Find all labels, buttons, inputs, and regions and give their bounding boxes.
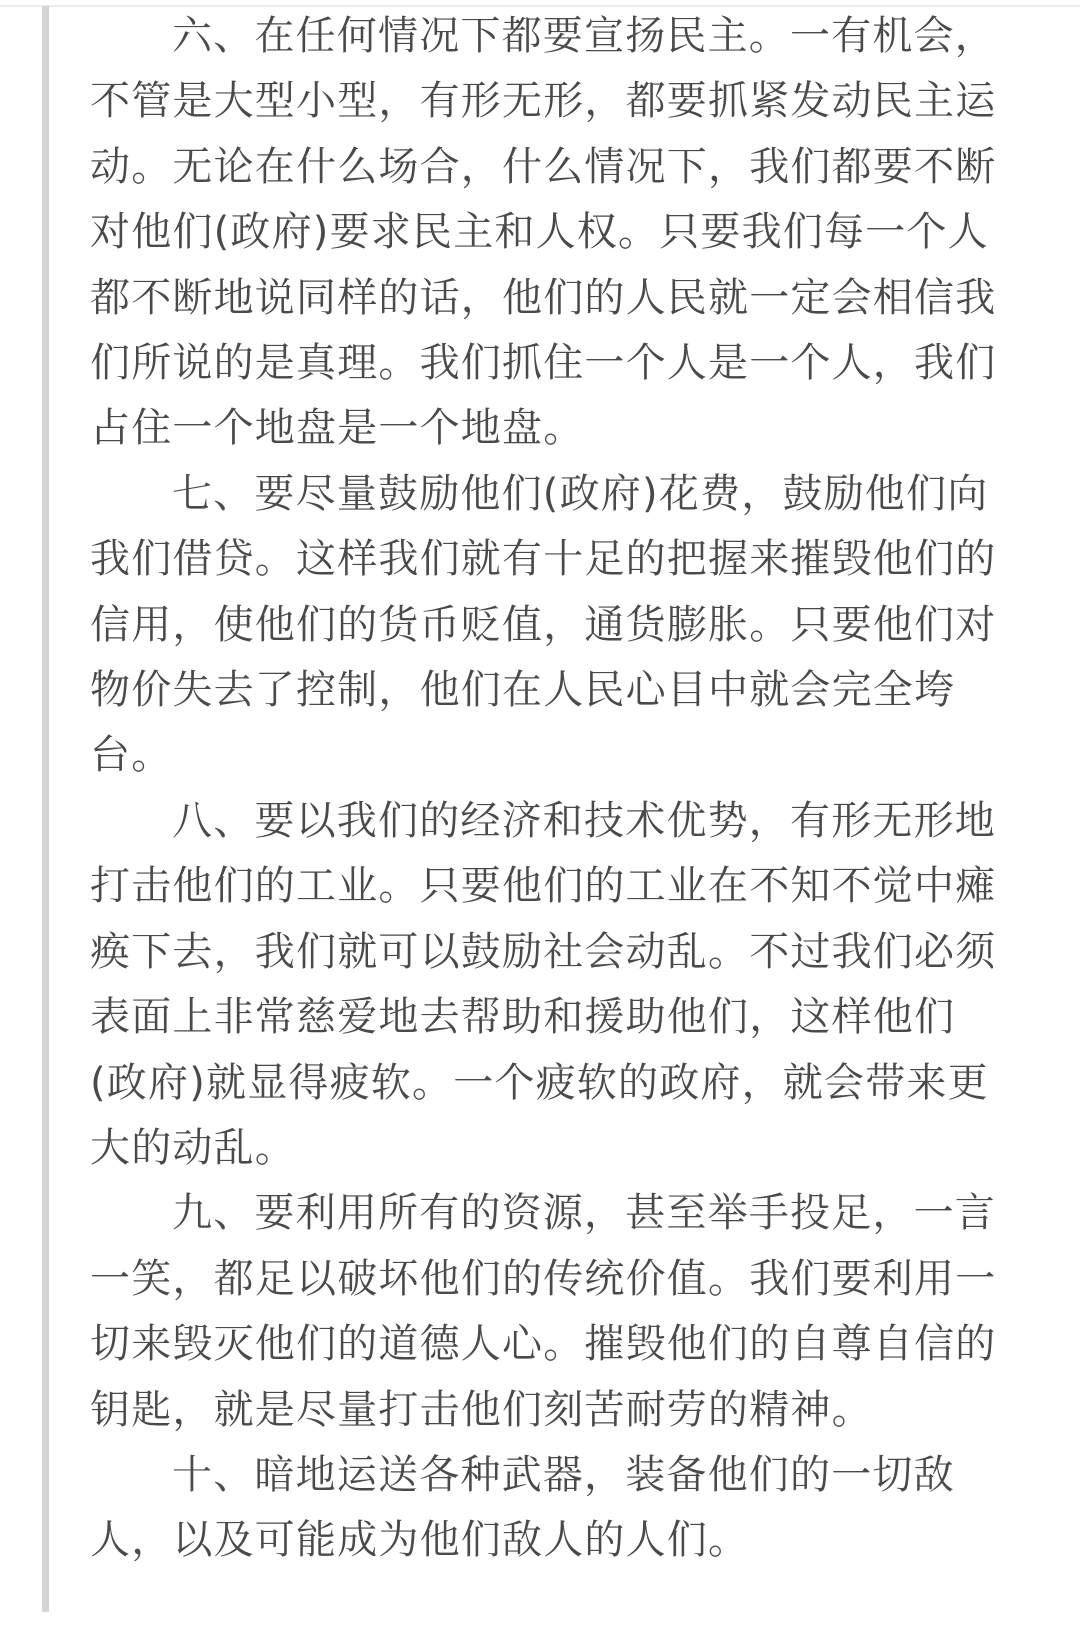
paragraph-7: 七、要尽量鼓励他们(政府)花费，鼓励他们向我们借贷。这样我们就有十足的把握来摧毁… <box>90 462 1002 789</box>
paragraph-9: 九、要利用所有的资源，甚至举手投足，一言一笑，都足以破坏他们的传统价值。我们要利… <box>90 1181 1002 1443</box>
paragraph-6: 六、在任何情况下都要宣扬民主。一有机会，不管是大型小型，有形无形，都要抓紧发动民… <box>90 4 1002 462</box>
paragraph-8: 八、要以我们的经济和技术优势，有形无形地打击他们的工业。只要他们的工业在不知不觉… <box>90 789 1002 1181</box>
blockquote-bar <box>42 6 49 1612</box>
article-body: 六、在任何情况下都要宣扬民主。一有机会，不管是大型小型，有形无形，都要抓紧发动民… <box>90 4 1002 1574</box>
paragraph-10: 十、暗地运送各种武器，装备他们的一切敌人，以及可能成为他们敌人的人们。 <box>90 1443 1002 1574</box>
